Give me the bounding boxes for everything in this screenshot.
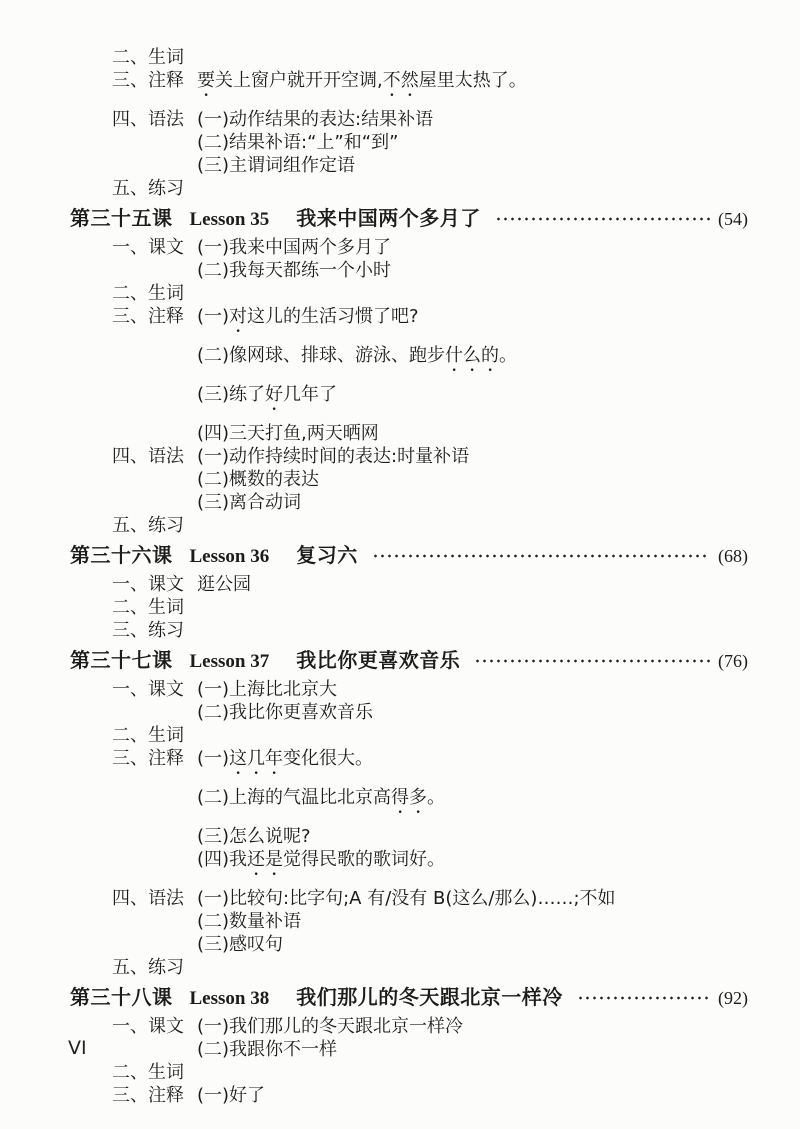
toc-row: (三)怎么说呢? xyxy=(0,825,748,848)
section-label: 三、注释 xyxy=(112,69,197,101)
toc-row: 一、课文(一)我来中国两个多月了 xyxy=(0,236,748,259)
text-segment: (一)好了 xyxy=(197,1085,265,1106)
lesson-page-number: (92) xyxy=(718,986,748,1011)
text-segment: 几年了 xyxy=(283,384,337,405)
text-segment: 关上窗户就开开空调, xyxy=(215,70,383,91)
section-label xyxy=(112,383,197,415)
section-label: 一、课文 xyxy=(112,1015,197,1038)
section-content: 要关上窗户就开开空调,不然屋里太热了。 xyxy=(197,69,748,101)
section-content xyxy=(197,1061,748,1084)
section-label xyxy=(112,154,197,177)
emphasized-text: 要 xyxy=(197,70,215,91)
text-segment: (一)动作持续时间的表达:时量补语 xyxy=(197,446,469,467)
section-label: 一、课文 xyxy=(112,573,197,596)
section-content: (四)我还是觉得民歌的歌词好。 xyxy=(197,848,748,880)
lesson-number-zh: 第三十八课 xyxy=(70,985,173,1010)
emphasized-text: 得多 xyxy=(391,787,427,808)
toc-row: (三)练了好几年了 xyxy=(0,383,748,415)
section-label: 一、课文 xyxy=(112,236,197,259)
toc-row: 五、练习 xyxy=(0,956,748,979)
toc-row: 一、课文(一)上海比北京大 xyxy=(0,678,748,701)
toc-row: 五、练习 xyxy=(0,177,748,200)
section-content: (一)上海比北京大 xyxy=(197,678,748,701)
text-segment: (二)我比你更喜欢音乐 xyxy=(197,702,373,723)
section-content: (一)我们那儿的冬天跟北京一样冷 xyxy=(197,1015,748,1038)
text-segment: (四)我 xyxy=(197,849,247,870)
section-content: (二)我每天都练一个小时 xyxy=(197,259,748,282)
toc-row: 三、注释(一)这几年变化很大。 xyxy=(0,747,748,779)
section-content: (二)上海的气温比北京高得多。 xyxy=(197,786,748,818)
emphasized-text: 还是 xyxy=(247,849,283,870)
section-content xyxy=(197,46,748,69)
text-segment: 逛公园 xyxy=(197,574,251,595)
section-content: (一)比较句:比字句;A 有/没有 B(这么/那么)……;不如 xyxy=(197,887,748,910)
section-content xyxy=(197,177,748,200)
text-segment: (二)数量补语 xyxy=(197,911,301,932)
toc-row: (二)我跟你不一样 xyxy=(0,1038,748,1061)
toc-row: 三、注释(一)对这儿的生活习惯了吧? xyxy=(0,305,748,337)
toc-row: (二)我比你更喜欢音乐 xyxy=(0,701,748,724)
emphasized-text: 这几年 xyxy=(229,748,283,769)
section-content: (四)三天打鱼,两天晒网 xyxy=(197,422,748,445)
section-label: 四、语法 xyxy=(112,445,197,468)
dot-leader xyxy=(372,551,710,561)
lesson-number-en: Lesson 38 xyxy=(190,986,270,1011)
section-content: (一)好了 xyxy=(197,1084,748,1107)
toc-row: 四、语法(一)比较句:比字句;A 有/没有 B(这么/那么)……;不如 xyxy=(0,887,748,910)
toc-row: (三)感叹句 xyxy=(0,933,748,956)
text-segment: (二)上海的气温比北京高 xyxy=(197,787,391,808)
section-content: (一)我来中国两个多月了 xyxy=(197,236,748,259)
section-content: (三)离合动词 xyxy=(197,491,748,514)
text-segment: 。 xyxy=(499,345,517,366)
emphasized-text: 对 xyxy=(229,306,247,327)
toc-row: 二、生词 xyxy=(0,46,748,69)
section-label: 四、语法 xyxy=(112,887,197,910)
section-label: 五、练习 xyxy=(112,956,197,979)
section-label: 一、课文 xyxy=(112,678,197,701)
lesson-number-en: Lesson 37 xyxy=(190,649,270,674)
toc-row: 一、课文逛公园 xyxy=(0,573,748,596)
section-label xyxy=(112,468,197,491)
section-content xyxy=(197,619,748,642)
toc-row: 一、课文(一)我们那儿的冬天跟北京一样冷 xyxy=(0,1015,748,1038)
section-label: 二、生词 xyxy=(112,596,197,619)
text-segment: (一)动作结果的表达:结果补语 xyxy=(197,109,433,130)
section-label: 三、注释 xyxy=(112,747,197,779)
lesson-number-zh: 第三十五课 xyxy=(70,206,173,231)
lesson-title: 我们那儿的冬天跟北京一样冷 xyxy=(296,985,563,1010)
section-content: 逛公园 xyxy=(197,573,748,596)
text-segment: (一)我们那儿的冬天跟北京一样冷 xyxy=(197,1016,463,1037)
toc-row: (二)结果补语:“上”和“到” xyxy=(0,131,748,154)
toc-row: (二)数量补语 xyxy=(0,910,748,933)
section-content xyxy=(197,514,748,537)
text-segment: (二)像网球、排球、游泳、跑步 xyxy=(197,345,445,366)
toc-row: (三)主谓词组作定语 xyxy=(0,154,748,177)
text-segment: (一)上海比北京大 xyxy=(197,679,337,700)
section-label xyxy=(112,131,197,154)
section-content: (三)主谓词组作定语 xyxy=(197,154,748,177)
toc-row: (二)我每天都练一个小时 xyxy=(0,259,748,282)
section-label xyxy=(112,910,197,933)
toc-page: 二、生词三、注释要关上窗户就开开空调,不然屋里太热了。四、语法(一)动作结果的表… xyxy=(0,0,800,1129)
lesson-page-number: (54) xyxy=(718,207,748,232)
toc-row: (二)像网球、排球、游泳、跑步什么的。 xyxy=(0,344,748,376)
section-content: (二)我比你更喜欢音乐 xyxy=(197,701,748,724)
section-label xyxy=(112,825,197,848)
section-content xyxy=(197,596,748,619)
section-content: (二)结果补语:“上”和“到” xyxy=(197,131,748,154)
section-content xyxy=(197,724,748,747)
section-label: 五、练习 xyxy=(112,177,197,200)
toc-row: 四、语法(一)动作持续时间的表达:时量补语 xyxy=(0,445,748,468)
toc-row: 二、生词 xyxy=(0,596,748,619)
text-segment: (二)概数的表达 xyxy=(197,469,319,490)
section-content: (一)动作持续时间的表达:时量补语 xyxy=(197,445,748,468)
toc-row: (四)我还是觉得民歌的歌词好。 xyxy=(0,848,748,880)
section-label: 五、练习 xyxy=(112,514,197,537)
text-segment: (三)主谓词组作定语 xyxy=(197,155,355,176)
toc-row: (三)离合动词 xyxy=(0,491,748,514)
text-segment: (一) xyxy=(197,748,229,769)
lesson-title: 我比你更喜欢音乐 xyxy=(296,648,460,673)
toc-row: 三、注释(一)好了 xyxy=(0,1084,748,1107)
dot-leader xyxy=(474,656,710,666)
section-content: (一)动作结果的表达:结果补语 xyxy=(197,108,748,131)
emphasized-text: 什么的 xyxy=(445,345,499,366)
emphasized-text: 好 xyxy=(265,384,283,405)
section-label xyxy=(112,259,197,282)
section-content: (二)数量补语 xyxy=(197,910,748,933)
text-segment: (三)感叹句 xyxy=(197,934,283,955)
toc-row: 二、生词 xyxy=(0,724,748,747)
lesson-page-number: (68) xyxy=(718,544,748,569)
text-segment: 觉得民歌的歌词好。 xyxy=(283,849,445,870)
section-content: (三)练了好几年了 xyxy=(197,383,748,415)
text-segment: (三)练了 xyxy=(197,384,265,405)
section-content xyxy=(197,282,748,305)
dot-leader xyxy=(495,214,710,224)
page-number: VI xyxy=(68,1037,87,1059)
section-content: (二)概数的表达 xyxy=(197,468,748,491)
section-content: (二)像网球、排球、游泳、跑步什么的。 xyxy=(197,344,748,376)
lesson-header: 第三十五课Lesson 35我来中国两个多月了(54) xyxy=(0,206,748,232)
section-content: (三)怎么说呢? xyxy=(197,825,748,848)
lesson-header: 第三十七课Lesson 37我比你更喜欢音乐(76) xyxy=(0,648,748,674)
section-label xyxy=(112,786,197,818)
text-segment: (二)我每天都练一个小时 xyxy=(197,260,391,281)
lesson-header: 第三十六课Lesson 36复习六(68) xyxy=(0,543,748,569)
text-segment: (一)我来中国两个多月了 xyxy=(197,237,391,258)
text-segment: (三)怎么说呢? xyxy=(197,826,311,847)
lesson-number-zh: 第三十六课 xyxy=(70,543,173,568)
section-label xyxy=(112,933,197,956)
toc-row: 五、练习 xyxy=(0,514,748,537)
toc-row: 三、注释要关上窗户就开开空调,不然屋里太热了。 xyxy=(0,69,748,101)
text-segment: (三)离合动词 xyxy=(197,492,301,513)
section-content: (二)我跟你不一样 xyxy=(197,1038,748,1061)
text-segment: 变化很大。 xyxy=(283,748,373,769)
section-label: 四、语法 xyxy=(112,108,197,131)
lesson-header: 第三十八课Lesson 38我们那儿的冬天跟北京一样冷(92) xyxy=(0,985,748,1011)
text-segment: (二)我跟你不一样 xyxy=(197,1039,337,1060)
text-segment: 。 xyxy=(427,787,445,808)
lesson-title: 复习六 xyxy=(296,543,358,568)
section-label xyxy=(112,701,197,724)
section-content: (一)对这儿的生活习惯了吧? xyxy=(197,305,748,337)
toc-row: (四)三天打鱼,两天晒网 xyxy=(0,422,748,445)
lesson-number-zh: 第三十七课 xyxy=(70,648,173,673)
section-content: (一)这几年变化很大。 xyxy=(197,747,748,779)
toc-row: 二、生词 xyxy=(0,282,748,305)
lesson-number-en: Lesson 36 xyxy=(190,544,270,569)
section-content: (三)感叹句 xyxy=(197,933,748,956)
lesson-page-number: (76) xyxy=(718,649,748,674)
section-label: 二、生词 xyxy=(112,282,197,305)
lesson-number-en: Lesson 35 xyxy=(190,207,270,232)
toc-row: (二)上海的气温比北京高得多。 xyxy=(0,786,748,818)
section-label: 二、生词 xyxy=(112,46,197,69)
toc-row: 三、练习 xyxy=(0,619,748,642)
dot-leader xyxy=(577,993,710,1003)
text-segment: (一) xyxy=(197,306,229,327)
lesson-title: 我来中国两个多月了 xyxy=(296,206,481,231)
section-content xyxy=(197,956,748,979)
emphasized-text: 不然 xyxy=(383,70,419,91)
text-segment: (一)比较句:比字句;A 有/没有 B(这么/那么)……;不如 xyxy=(197,888,616,909)
section-label xyxy=(112,491,197,514)
section-label xyxy=(112,422,197,445)
section-label: 二、生词 xyxy=(112,724,197,747)
toc: 二、生词三、注释要关上窗户就开开空调,不然屋里太热了。四、语法(一)动作结果的表… xyxy=(0,46,748,1107)
section-label xyxy=(112,1038,197,1061)
section-label xyxy=(112,848,197,880)
text-segment: (二)结果补语:“上”和“到” xyxy=(197,132,398,153)
section-label xyxy=(112,344,197,376)
section-label: 三、注释 xyxy=(112,305,197,337)
text-segment: (四)三天打鱼,两天晒网 xyxy=(197,423,379,444)
section-label: 二、生词 xyxy=(112,1061,197,1084)
text-segment: 这儿的生活习惯了吧? xyxy=(247,306,419,327)
text-segment: 屋里太热了。 xyxy=(419,70,527,91)
toc-row: (二)概数的表达 xyxy=(0,468,748,491)
toc-row: 四、语法(一)动作结果的表达:结果补语 xyxy=(0,108,748,131)
section-label: 三、练习 xyxy=(112,619,197,642)
toc-row: 二、生词 xyxy=(0,1061,748,1084)
section-label: 三、注释 xyxy=(112,1084,197,1107)
